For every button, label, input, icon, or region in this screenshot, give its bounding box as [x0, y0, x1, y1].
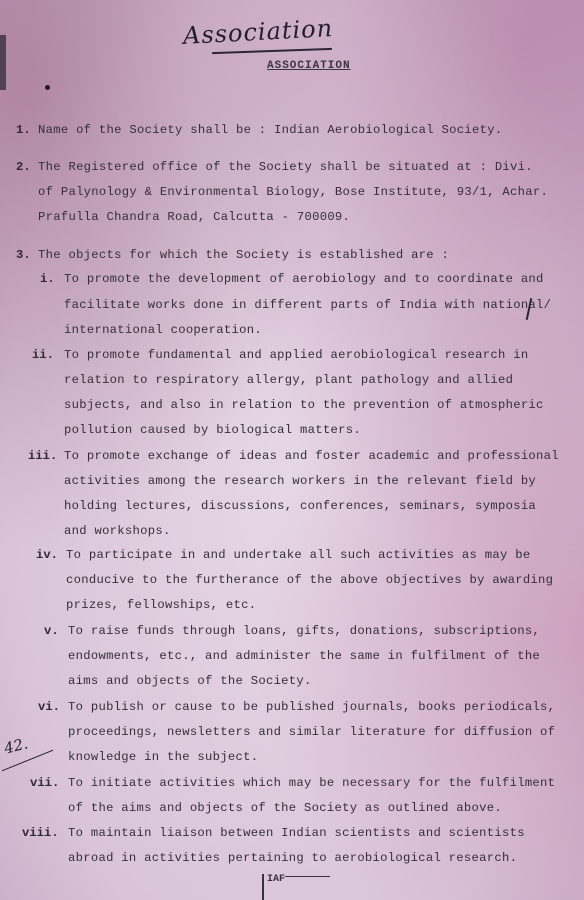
clause-line: The objects for which the Society is est… — [38, 248, 449, 262]
object-line: To promote fundamental and applied aerob… — [64, 348, 528, 362]
object-line: relation to respiratory allergy, plant p… — [64, 373, 513, 387]
handwritten-underline — [212, 48, 332, 54]
object-line: aims and objects of the Society. — [68, 674, 312, 688]
object-line: abroad in activities pertaining to aerob… — [68, 851, 517, 865]
object-number: ii. — [32, 348, 54, 362]
object-number: iii. — [28, 449, 57, 463]
ink-dot — [45, 85, 50, 90]
margin-note: 42. — [2, 734, 30, 757]
clause-line: The Registered office of the Society sha… — [38, 160, 533, 174]
object-number: v. — [44, 624, 59, 638]
object-line: To publish or cause to be published jour… — [68, 700, 555, 714]
document-heading: ASSOCIATION — [267, 60, 351, 72]
object-line: activities among the research workers in… — [64, 474, 536, 488]
object-line: To promote the development of aerobiolog… — [64, 272, 544, 286]
object-number: viii. — [22, 826, 59, 840]
clause-number: 2. — [16, 160, 31, 174]
clause-line: Name of the Society shall be : Indian Ae… — [38, 123, 502, 137]
object-number: vii. — [30, 776, 59, 790]
object-line: To initiate activities which may be nece… — [68, 776, 555, 790]
object-number: iv. — [36, 548, 58, 562]
object-line: facilitate works done in different parts… — [64, 298, 551, 312]
handwritten-title: Association — [182, 14, 333, 50]
clause-number: 1. — [16, 123, 31, 137]
object-line: To raise funds through loans, gifts, don… — [68, 624, 540, 638]
object-line: prizes, fellowships, etc. — [66, 598, 256, 612]
object-line: knowledge in the subject. — [68, 750, 258, 764]
object-line: conducive to the furtherance of the abov… — [66, 573, 553, 587]
object-line: To promote exchange of ideas and foster … — [64, 449, 559, 463]
object-number: i. — [40, 272, 55, 286]
object-line: and workshops. — [64, 524, 171, 538]
document-page: Association ASSOCIATION 1. Name of the S… — [0, 0, 584, 900]
object-line: subjects, and also in relation to the pr… — [64, 398, 544, 412]
object-line: To maintain liaison between Indian scien… — [68, 826, 525, 840]
clause-number: 3. — [16, 248, 31, 262]
object-number: vi. — [38, 700, 60, 714]
object-line: proceedings, newsletters and similar lit… — [68, 725, 555, 739]
edge-stain — [0, 35, 6, 90]
clause-line: of Palynology & Environmental Biology, B… — [38, 185, 548, 199]
clause-line: Prafulla Chandra Road, Calcutta - 700009… — [38, 210, 350, 224]
object-line: holding lectures, discussions, conferenc… — [64, 499, 536, 513]
object-line: pollution caused by biological matters. — [64, 423, 361, 437]
stamp-line — [285, 876, 330, 877]
object-line: endowments, etc., and administer the sam… — [68, 649, 540, 663]
object-line: of the aims and objects of the Society a… — [68, 801, 502, 815]
stamp-mark: IAF — [262, 874, 285, 900]
object-line: To participate in and undertake all such… — [66, 548, 530, 562]
object-line: international cooperation. — [64, 323, 262, 337]
